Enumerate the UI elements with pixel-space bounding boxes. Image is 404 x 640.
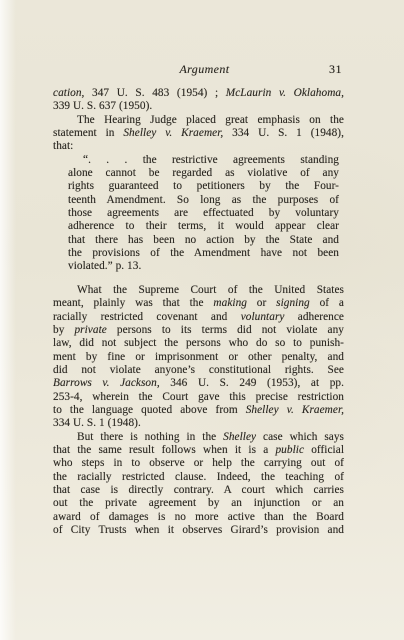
text: 339 U. S. 637 (1950). xyxy=(53,100,152,112)
text-line: alone cannot be regarded as violative of… xyxy=(68,167,339,180)
text: law, did not subject the persons who do … xyxy=(53,337,344,349)
text-line: law, did not subject the persons who do … xyxy=(53,337,344,350)
text: adherence xyxy=(284,311,344,323)
text-line: violated.” p. 13. xyxy=(68,260,339,273)
text-line: that the same result follows when it is … xyxy=(53,444,344,457)
text: rights guaranteed to petitioners by the … xyxy=(68,180,339,192)
text: that: xyxy=(53,140,73,152)
paragraph-continuation: cation, 347 U. S. 483 (1954) ; McLaurin … xyxy=(53,87,344,114)
text-line: rights guaranteed to petitioners by the … xyxy=(68,180,339,193)
page-body: cation, 347 U. S. 483 (1954) ; McLaurin … xyxy=(53,87,344,537)
text: meant, plainly was that the xyxy=(53,297,213,309)
text: alone cannot be regarded as violative of… xyxy=(68,167,339,179)
text-line: out the private agreement by an injuncti… xyxy=(53,497,344,510)
running-title: Argument xyxy=(53,62,344,77)
block-quote: “. . . the restrictive agreements standi… xyxy=(68,154,339,274)
text: adherence to their terms, it would appea… xyxy=(68,220,339,232)
text-line: by private persons to its terms did not … xyxy=(53,324,344,337)
text-line: that there has been no action by the Sta… xyxy=(68,234,339,247)
text: case which says xyxy=(256,431,344,443)
text: What the Supreme Court of the United Sta… xyxy=(77,284,344,296)
text-line: of City Trusts when it observes Girard’s… xyxy=(53,524,344,537)
text-line: 253-4, wherein the Court gave this preci… xyxy=(53,391,344,404)
text: did not violate anyone’s constitutional … xyxy=(53,364,344,376)
paragraph: What the Supreme Court of the United Sta… xyxy=(53,284,344,431)
text-line: teenth Amendment. So long as the purpose… xyxy=(68,194,339,207)
text: 334 U. S. 1 (1948). xyxy=(53,417,141,429)
text-line: The Hearing Judge placed great emphasis … xyxy=(53,114,344,127)
text-line: 334 U. S. 1 (1948). xyxy=(53,417,344,430)
text: official xyxy=(304,444,344,456)
text: racially restricted covenant and xyxy=(53,311,241,323)
text: teenth Amendment. So long as the purpose… xyxy=(68,194,339,206)
text-line: statement in Shelley v. Kraemer, 334 U. … xyxy=(53,127,344,140)
text: out the private agreement by an injuncti… xyxy=(53,497,344,509)
page-number: 31 xyxy=(329,62,342,77)
text: the racially restricted clause. Indeed, … xyxy=(53,471,344,483)
text-line: cation, 347 U. S. 483 (1954) ; McLaurin … xyxy=(53,87,344,100)
page-header: Argument 31 xyxy=(53,62,344,78)
text-line: adherence to their terms, it would appea… xyxy=(68,220,339,233)
text: by xyxy=(53,324,74,336)
italic-text: private xyxy=(74,324,106,336)
text: 253-4, wherein the Court gave this preci… xyxy=(53,391,344,403)
text: 347 U. S. 483 (1954) ; xyxy=(84,87,225,99)
text: violated.” p. 13. xyxy=(68,260,141,272)
italic-text: Barrows v. Jackson, xyxy=(53,377,160,389)
text: that the same result follows when it is … xyxy=(53,444,275,456)
text-line: Barrows v. Jackson, 346 U. S. 249 (1953)… xyxy=(53,377,344,390)
text: to the language quoted above from xyxy=(53,404,246,416)
text: or xyxy=(247,297,276,309)
italic-text: McLaurin v. Oklahoma, xyxy=(226,87,344,99)
italic-text: signing xyxy=(276,297,310,309)
text: of a xyxy=(310,297,344,309)
text-line: the provisions of the Amendment have not… xyxy=(68,247,339,260)
italic-text: cation, xyxy=(53,87,84,99)
text-line: that case is directly contrary. A court … xyxy=(53,484,344,497)
text: those agreements are effectuated by volu… xyxy=(68,207,339,219)
scanned-page: Argument 31 cation, 347 U. S. 483 (1954)… xyxy=(0,0,404,640)
text-line: those agreements are effectuated by volu… xyxy=(68,207,339,220)
italic-text: public xyxy=(275,444,304,456)
text: of City Trusts when it observes Girard’s… xyxy=(53,524,344,536)
text-line: What the Supreme Court of the United Sta… xyxy=(53,284,344,297)
text-line: 339 U. S. 637 (1950). xyxy=(53,100,344,113)
paragraph: But there is nothing in the Shelley case… xyxy=(53,431,344,538)
text: ment by fine or imprisonment or other pe… xyxy=(53,351,344,363)
text: “. . . the restrictive agreements standi… xyxy=(83,154,339,166)
text-line: who steps in to observe or help the carr… xyxy=(53,457,344,470)
text-line: to the language quoted above from Shelle… xyxy=(53,404,344,417)
text: persons to its terms did not violate any xyxy=(107,324,344,336)
text-line: “. . . the restrictive agreements standi… xyxy=(68,154,339,167)
paragraph: The Hearing Judge placed great emphasis … xyxy=(53,114,344,154)
italic-text: voluntary xyxy=(241,311,285,323)
text: statement in xyxy=(53,127,123,139)
text: that there has been no action by the Sta… xyxy=(68,234,339,246)
italic-text: Shelley xyxy=(223,431,256,443)
text-line: meant, plainly was that the making or si… xyxy=(53,297,344,310)
text-line: did not violate anyone’s constitutional … xyxy=(53,364,344,377)
italic-text: Shelley v. Kraemer, xyxy=(123,127,223,139)
text: 334 U. S. 1 (1948), xyxy=(223,127,344,139)
text-line: that: xyxy=(53,140,344,153)
text: who steps in to observe or help the carr… xyxy=(53,457,344,469)
text: award of damages is no more active than … xyxy=(53,511,344,523)
text: The Hearing Judge placed great emphasis … xyxy=(77,114,344,126)
text-line: the racially restricted clause. Indeed, … xyxy=(53,471,344,484)
italic-text: making xyxy=(213,297,247,309)
text: the provisions of the Amendment have not… xyxy=(68,247,339,259)
italic-text: Shelley v. Kraemer, xyxy=(246,404,344,416)
text: 346 U. S. 249 (1953), at pp. xyxy=(160,377,344,389)
text: But there is nothing in the xyxy=(77,431,223,443)
text: that case is directly contrary. A court … xyxy=(53,484,344,496)
text-line: ment by fine or imprisonment or other pe… xyxy=(53,351,344,364)
text-line: award of damages is no more active than … xyxy=(53,511,344,524)
text-line: racially restricted covenant and volunta… xyxy=(53,311,344,324)
text-line: But there is nothing in the Shelley case… xyxy=(53,431,344,444)
